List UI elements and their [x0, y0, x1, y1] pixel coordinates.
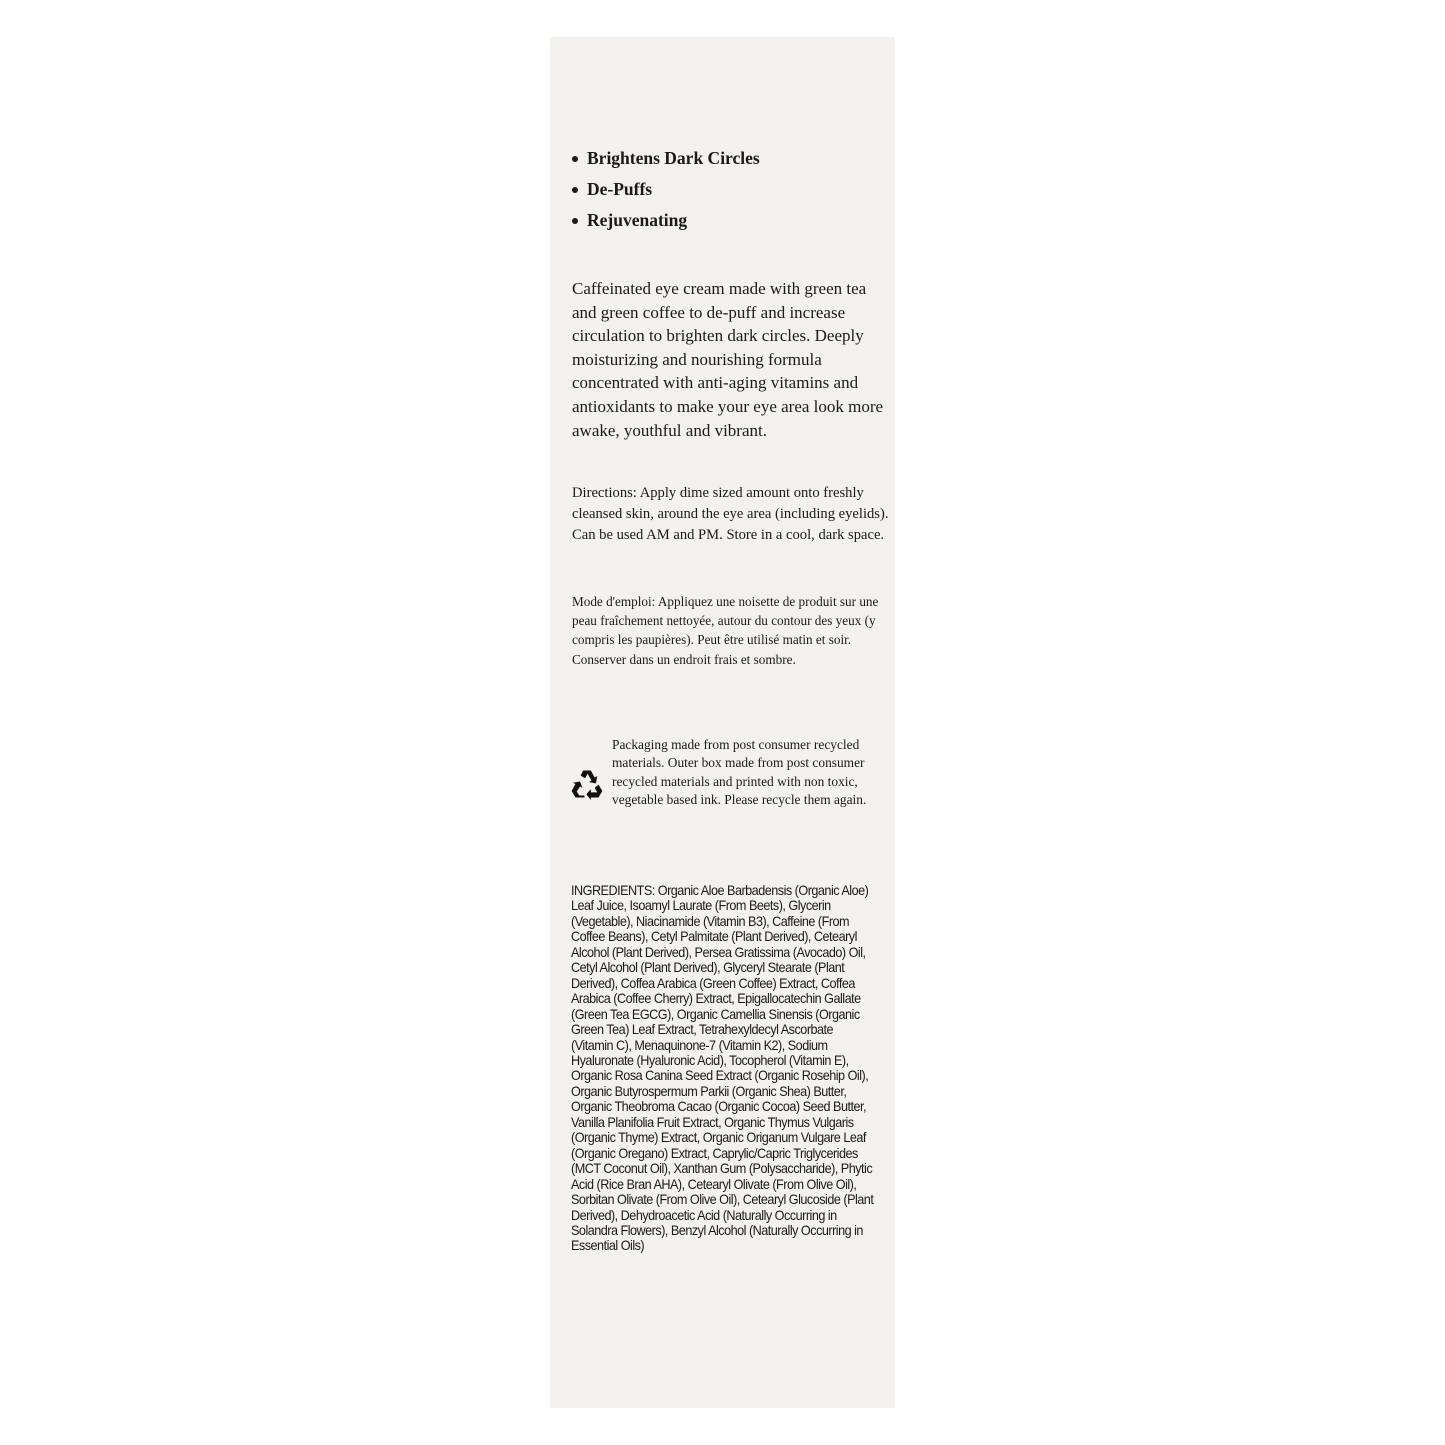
- benefit-label: Brightens Dark Circles: [587, 143, 760, 174]
- bullet-icon: [572, 218, 578, 224]
- directions-english: Directions: Apply dime sized amount onto…: [572, 483, 892, 546]
- bullet-icon: [572, 156, 578, 162]
- product-description: Caffeinated eye cream made with green te…: [572, 277, 892, 442]
- recycling-statement: Packaging made from post consumer recycl…: [612, 736, 892, 810]
- product-box-side-panel: Brightens Dark Circles De-Puffs Rejuvena…: [550, 37, 895, 1408]
- benefit-item: Rejuvenating: [570, 205, 760, 236]
- bullet-icon: [572, 187, 578, 193]
- benefit-item: De-Puffs: [570, 174, 760, 205]
- benefit-label: De-Puffs: [587, 174, 652, 205]
- benefit-label: Rejuvenating: [587, 205, 687, 236]
- benefit-item: Brightens Dark Circles: [570, 143, 760, 174]
- ingredients-list: INGREDIENTS: Organic Aloe Barbadensis (O…: [571, 883, 878, 1254]
- recycle-icon: [571, 768, 603, 800]
- directions-french: Mode d'emploi: Appliquez une noisette de…: [572, 592, 892, 669]
- benefits-list: Brightens Dark Circles De-Puffs Rejuvena…: [570, 143, 760, 236]
